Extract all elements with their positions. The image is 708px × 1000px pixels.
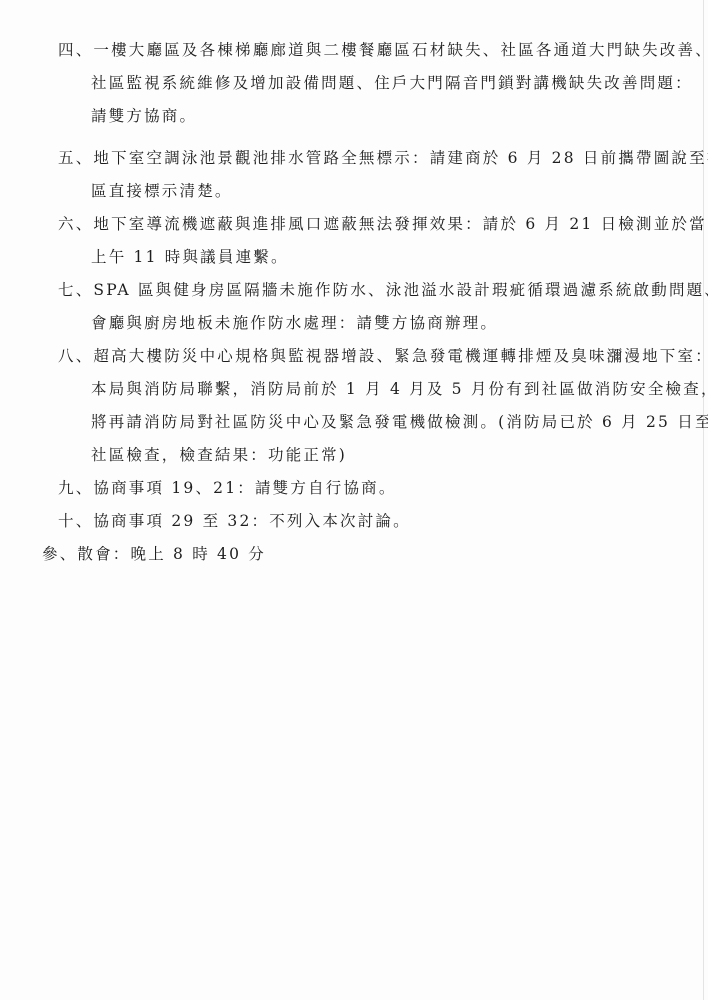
item-5-line-2: 區直接標示清楚。 <box>91 181 233 201</box>
item-4-line-3: 請雙方協商。 <box>91 106 197 126</box>
item-8-line-2: 本局與消防局聯繫，消防局前於 1 月 4 月及 5 月份有到社區做消防安全檢查， <box>91 379 708 399</box>
item-8-line-3: 將再請消防局對社區防災中心及緊急發電機做檢測。(消防局已於 6 月 25 日至 <box>91 412 708 432</box>
item-10-line-1: 十、協商事項 29 至 32：不列入本次討論。 <box>58 511 411 531</box>
item-6-line-1: 六、地下室導流機遮蔽與進排風口遮蔽無法發揮效果：請於 6 月 21 日檢測並於當… <box>58 214 708 234</box>
item-9-line-1: 九、協商事項 19、21：請雙方自行協商。 <box>58 478 397 498</box>
item-5-line-1: 五、地下室空調泳池景觀池排水管路全無標示：請建商於 6 月 28 日前攜帶圖說至… <box>58 148 708 168</box>
item-6-line-2: 上午 11 時與議員連繫。 <box>91 247 289 267</box>
item-8-line-1: 八、超高大樓防災中心規格與監視器增設、緊急發電機運轉排煙及臭味瀰漫地下室： <box>58 346 708 366</box>
document-page: 四、一樓大廳區及各棟梯廳廊道與二樓餐廳區石材缺失、社區各通道大門缺失改善、 社區… <box>0 0 708 1000</box>
item-4-line-2: 社區監視系統維修及增加設備問題、住戶大門隔音門鎖對講機缺失改善問題： <box>91 73 693 93</box>
item-7-line-2: 會廳與廚房地板未施作防水處理：請雙方協商辦理。 <box>91 313 498 333</box>
closing-section: 參、散會：晚上 8 時 40 分 <box>42 544 266 564</box>
item-4-line-1: 四、一樓大廳區及各棟梯廳廊道與二樓餐廳區石材缺失、社區各通道大門缺失改善、 <box>58 40 708 60</box>
item-7-line-1: 七、SPA 區與健身房區隔牆未施作防水、泳池溢水設計瑕疵循環過濾系統啟動問題、 <box>58 280 708 300</box>
item-8-line-4: 社區檢查，檢查結果：功能正常) <box>91 445 347 465</box>
